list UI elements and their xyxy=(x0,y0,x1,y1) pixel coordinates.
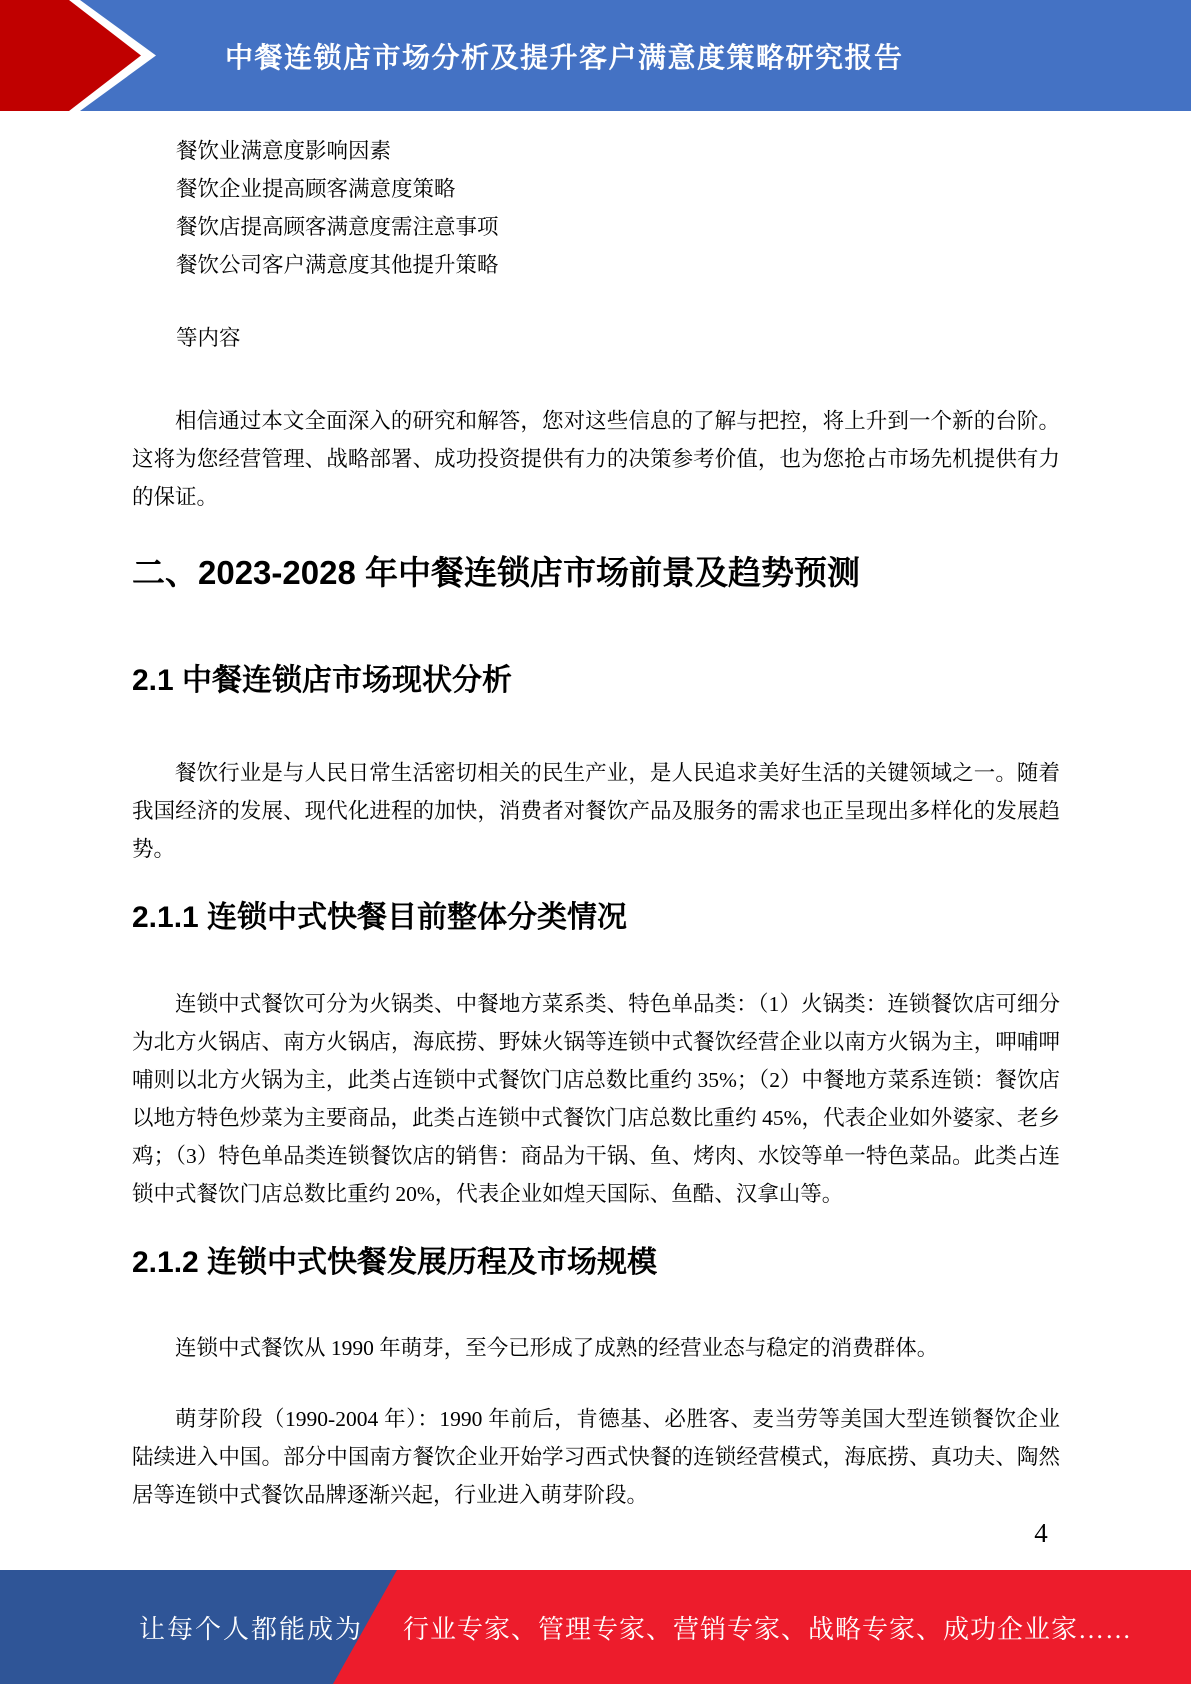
toc-item: 餐饮公司客户满意度其他提升策略 xyxy=(176,246,499,284)
footer-slogan-right: 行业专家、管理专家、营销专家、战略专家、成功企业家…… xyxy=(403,1570,1132,1684)
footer-banner: 让每个人都能成为 行业专家、管理专家、营销专家、战略专家、成功企业家…… xyxy=(0,1570,1191,1684)
page-number: 4 xyxy=(1017,1516,1065,1550)
paragraph-2-1: 餐饮行业是与人民日常生活密切相关的民生产业，是人民追求美好生活的关键领域之一。随… xyxy=(132,754,1060,868)
chapter-heading: 二、2023-2028 年中餐连锁店市场前景及趋势预测 xyxy=(132,552,860,594)
toc-item: 餐饮企业提高顾客满意度策略 xyxy=(176,170,499,208)
paragraph-2-1-2-a: 连锁中式餐饮从 1990 年萌芽，至今已形成了成熟的经营业态与稳定的消费群体。 xyxy=(132,1329,1060,1367)
section-heading-2-1: 2.1 中餐连锁店市场现状分析 xyxy=(132,662,512,700)
footer-slogan-left: 让每个人都能成为 xyxy=(139,1570,363,1684)
section-heading-2-1-2: 2.1.2 连锁中式快餐发展历程及市场规模 xyxy=(132,1244,657,1282)
header-banner: 中餐连锁店市场分析及提升客户满意度策略研究报告 xyxy=(0,0,1191,111)
toc-suffix: 等内容 xyxy=(176,319,241,357)
section-heading-2-1-1: 2.1.1 连锁中式快餐目前整体分类情况 xyxy=(132,899,627,937)
toc-item: 餐饮业满意度影响因素 xyxy=(176,132,499,170)
report-page: 中餐连锁店市场分析及提升客户满意度策略研究报告 餐饮业满意度影响因素 餐饮企业提… xyxy=(0,0,1191,1684)
header-arrow-icon xyxy=(0,0,170,111)
paragraph-2-1-2-b: 萌芽阶段（1990-2004 年）：1990 年前后，肯德基、必胜客、麦当劳等美… xyxy=(132,1400,1060,1514)
toc-list: 餐饮业满意度影响因素 餐饮企业提高顾客满意度策略 餐饮店提高顾客满意度需注意事项… xyxy=(176,132,499,284)
paragraph-2-1-1: 连锁中式餐饮可分为火锅类、中餐地方菜系类、特色单品类：（1）火锅类：连锁餐饮店可… xyxy=(132,985,1060,1213)
toc-item: 餐饮店提高顾客满意度需注意事项 xyxy=(176,208,499,246)
intro-paragraph: 相信通过本文全面深入的研究和解答，您对这些信息的了解与把控，将上升到一个新的台阶… xyxy=(132,402,1060,516)
report-title: 中餐连锁店市场分析及提升客户满意度策略研究报告 xyxy=(225,0,904,111)
